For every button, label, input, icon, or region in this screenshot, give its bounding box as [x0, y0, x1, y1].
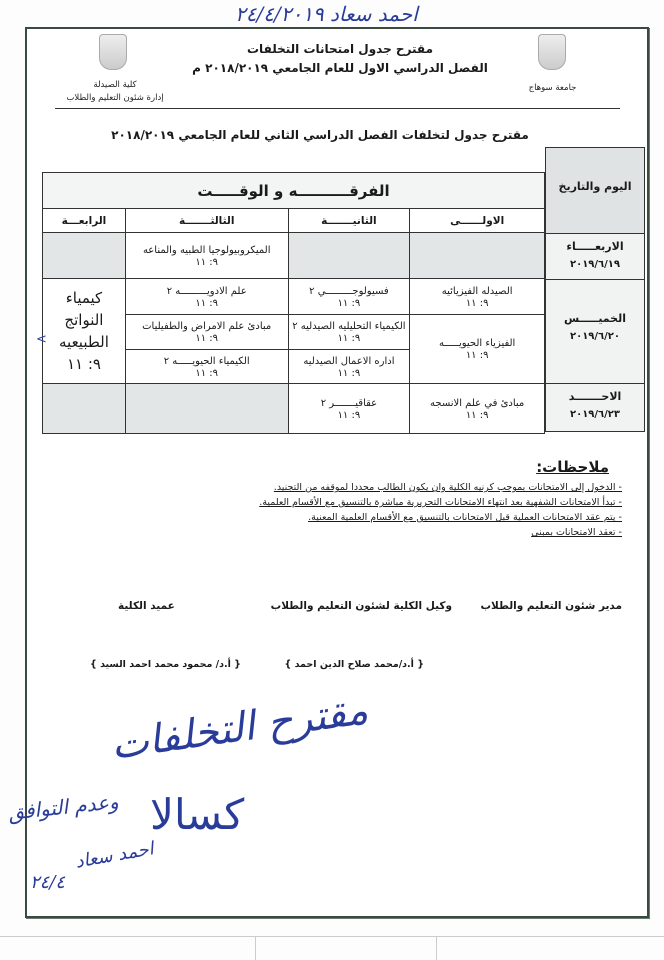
column-header-first: الاولــــــى — [410, 209, 545, 233]
note-item: - تبدأ الامتحانات الشفهية بعد انتهاء الا… — [142, 495, 622, 510]
day-name: الاربعـــــاء — [546, 240, 644, 253]
exam-subject: اداره الاعمال الصيدليه — [289, 355, 410, 368]
document-title: مقترح جدول امتحانات التخلفات — [200, 42, 480, 56]
day-name: الخميـــــس — [546, 312, 644, 325]
notes-title: ملاحظات: — [536, 458, 609, 476]
exam-subject: مبادئ في علم الانسجه — [410, 397, 544, 410]
exam-time: ٩: ١١ — [289, 410, 410, 421]
notes-list: - الدخول إلى الامتحانات بموجب كرنيه الكل… — [142, 480, 622, 540]
faculty-name: كلية الصيدلة — [70, 80, 160, 90]
table-row-sunday: مبادئ في علم الانسجه ٩: ١١ عقاقيـــــــر… — [43, 384, 545, 434]
column-header-fourth: الرابعـــة — [43, 209, 126, 233]
exam-subject: الكيمياء الحيويـــــه ٢ — [126, 355, 288, 368]
header-divider — [55, 108, 620, 109]
page-bottom-edge — [0, 936, 664, 937]
handwritten-signature: ﻛﺴﺎﻟﺎ — [150, 790, 244, 839]
exam-time: ٩: ١١ — [43, 353, 125, 375]
exam-cell: اداره الاعمال الصيدليه ٩: ١١ — [288, 350, 410, 384]
university-logo-icon — [538, 34, 566, 70]
university-name: جامعة سوهاج — [515, 83, 590, 93]
exam-subject: الفيزياء الحيويـــــه — [410, 337, 544, 350]
exam-time: ٩: ١١ — [410, 410, 544, 421]
exam-cell: الفيزياء الحيويـــــه ٩: ١١ — [410, 315, 545, 384]
exam-time: ٩: ١١ — [289, 333, 410, 344]
day-date: ٢٠١٩/٦/١٩ — [546, 259, 644, 270]
group-time-header: الفرقــــــــــه و الوقـــــت — [43, 173, 545, 209]
signature-name-vice-dean: { أ.د/محمد صلاح الدين احمد } — [285, 659, 425, 670]
day-date-column: اليوم والتاريخ الاربعـــــاء ٢٠١٩/٦/١٩ ا… — [545, 147, 645, 432]
exam-cell: الكيمياء التحليليه الصيدليه ٢ ٩: ١١ — [288, 315, 410, 350]
empty-cell — [410, 233, 545, 279]
note-item: - الدخول إلى الامتحانات بموجب كرنيه الكل… — [142, 480, 622, 495]
exam-subject: كيمياء — [43, 287, 125, 309]
empty-cell — [125, 384, 288, 434]
empty-cell — [43, 384, 126, 434]
day-date-header: اليوم والتاريخ — [546, 148, 644, 233]
column-header-second: الثانيـــــــة — [288, 209, 410, 233]
exam-time: ٩: ١١ — [126, 298, 288, 309]
day-thursday: الخميـــــس ٢٠١٩/٦/٢٠ — [546, 279, 644, 383]
signature-title-director: مدير شئون التعليم والطلاب — [480, 600, 622, 612]
exam-cell: علم الادويـــــــــه ٢ ٩: ١١ — [125, 279, 288, 315]
exam-cell-fourth-year: كيمياء النواتج الطبيعيه ٩: ١١ — [43, 279, 126, 384]
exam-subject: الطبيعيه — [43, 331, 125, 353]
faculty-logo-icon — [99, 34, 127, 70]
exam-time: ٩: ١١ — [289, 298, 410, 309]
exam-time: ٩: ١١ — [410, 350, 544, 361]
handwritten-note-date: ٢٤/٤ — [30, 872, 65, 893]
signature-name-dean: { أ.د/ محمود محمد احمد السيد } — [90, 659, 241, 670]
exam-time: ٩: ١١ — [126, 368, 288, 379]
exam-subject: عقاقيـــــــر ٢ — [289, 397, 410, 410]
exam-subject: مبادئ علم الامراض والطفيليات — [126, 320, 288, 333]
exam-cell: الكيمياء الحيويـــــه ٢ ٩: ١١ — [125, 350, 288, 384]
exam-subject: الميكروبيولوجيا الطبيه والمناعه — [126, 244, 288, 257]
handwritten-arrow-mark: < — [36, 332, 47, 347]
day-date: ٢٠١٩/٦/٢٠ — [546, 331, 644, 342]
schedule-table: الفرقــــــــــه و الوقـــــت الاولـــــ… — [42, 172, 545, 434]
semester-title: الفصل الدراسي الاول للعام الجامعي ٢٠١٨/٢… — [170, 61, 510, 75]
exam-time: ٩: ١١ — [410, 298, 544, 309]
day-sunday: الاحـــــــد ٢٠١٩/٦/٢٣ — [546, 383, 644, 433]
exam-subject: فسيولوجـــــــــي ٢ — [289, 285, 410, 298]
exam-time: ٩: ١١ — [289, 368, 410, 379]
exam-cell: الصيدله الفيزيائيه ٩: ١١ — [410, 279, 545, 315]
exam-subject: الصيدله الفيزيائيه — [410, 285, 544, 298]
exam-cell: الميكروبيولوجيا الطبيه والمناعه ٩: ١١ — [125, 233, 288, 279]
table-row-wednesday: الميكروبيولوجيا الطبيه والمناعه ٩: ١١ — [43, 233, 545, 279]
day-name: الاحـــــــد — [546, 390, 644, 403]
exam-subject: الكيمياء التحليليه الصيدليه ٢ — [289, 320, 410, 333]
department-name: إدارة شئون التعليم والطلاب — [55, 93, 175, 103]
empty-cell — [288, 233, 410, 279]
page-bottom-divider — [255, 936, 256, 960]
table-row-thursday: الصيدله الفيزيائيه ٩: ١١ فسيولوجــــــــ… — [43, 279, 545, 315]
exam-subject: علم الادويـــــــــه ٢ — [126, 285, 288, 298]
signature-title-vice-dean: وكيل الكلية لشئون التعليم والطلاب — [271, 600, 452, 612]
exam-time: ٩: ١١ — [126, 333, 288, 344]
schedule-subtitle: مقترح جدول لتخلفات الفصل الدراسي الثاني … — [100, 128, 540, 142]
handwritten-date-top: احمد سعاد ٢٤/٤/٢٠١٩ — [235, 2, 418, 26]
exam-time: ٩: ١١ — [126, 257, 288, 268]
note-item: - يتم عقد الامتحانات العملية قبل الامتحا… — [142, 510, 622, 525]
empty-cell — [43, 233, 126, 279]
day-date: ٢٠١٩/٦/٢٣ — [546, 409, 644, 420]
note-item: - تعقد الامتحانات بمبنى — [142, 525, 622, 540]
signature-title-dean: عميد الكلية — [118, 600, 175, 612]
exam-subject: النواتج — [43, 309, 125, 331]
day-wednesday: الاربعـــــاء ٢٠١٩/٦/١٩ — [546, 233, 644, 279]
page-bottom-divider — [436, 936, 437, 960]
exam-cell: فسيولوجـــــــــي ٢ ٩: ١١ — [288, 279, 410, 315]
exam-cell: مبادئ علم الامراض والطفيليات ٩: ١١ — [125, 315, 288, 350]
column-header-third: الثالثـــــــة — [125, 209, 288, 233]
exam-cell: عقاقيـــــــر ٢ ٩: ١١ — [288, 384, 410, 434]
exam-cell: مبادئ في علم الانسجه ٩: ١١ — [410, 384, 545, 434]
day-date-header-label: اليوم والتاريخ — [546, 180, 644, 193]
